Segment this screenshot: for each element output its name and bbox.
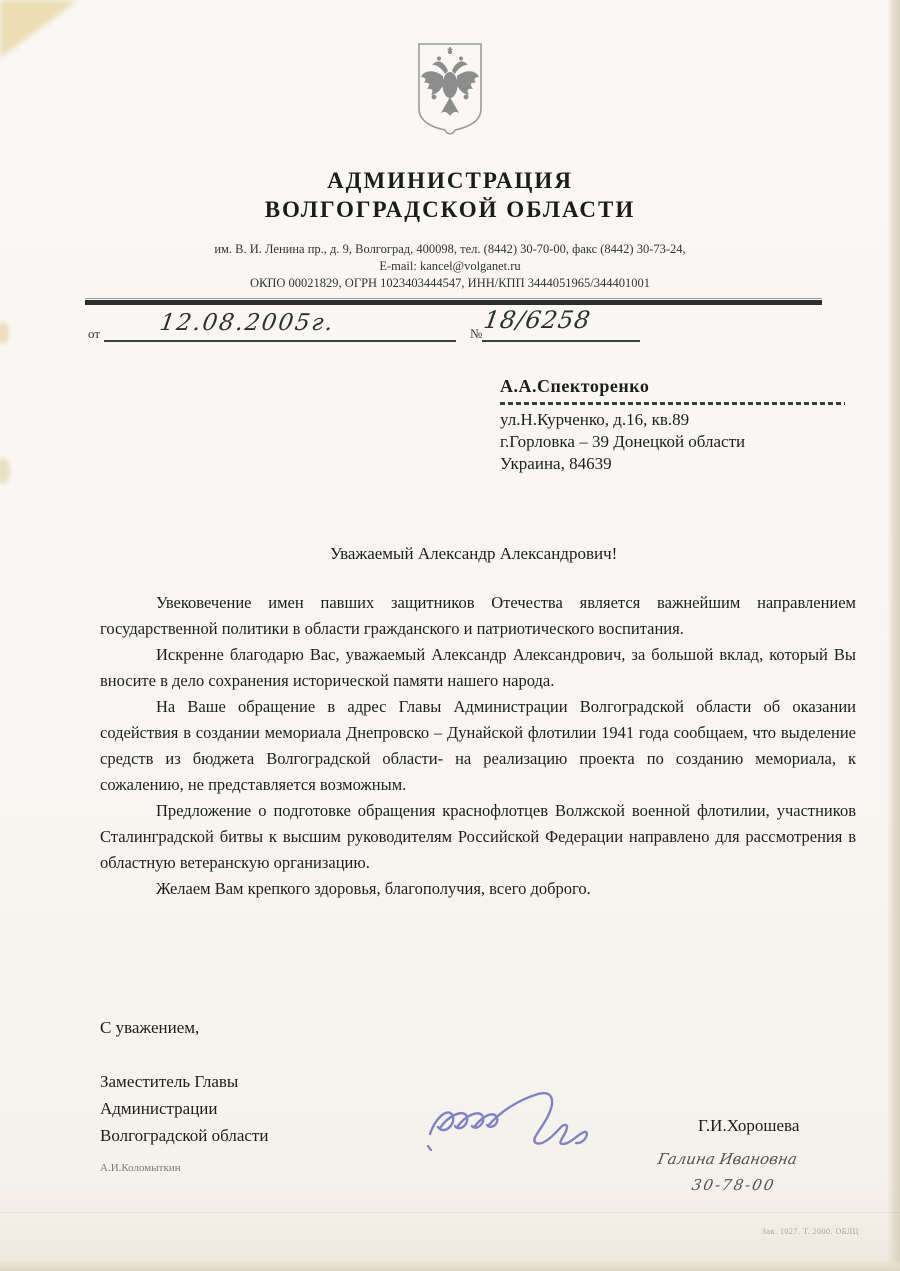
print-shop-mark: Зак. 1027. Т. 2000. ОБЛЦ xyxy=(762,1227,859,1236)
edge-stain xyxy=(0,458,10,484)
scan-edge-shadow-bottom xyxy=(0,1259,900,1271)
handwritten-phone: 30-78-00 xyxy=(690,1176,777,1194)
handwritten-signer-name: Галина Ивановна xyxy=(656,1150,798,1168)
signer-name: Г.И.Хорошева xyxy=(698,1116,799,1136)
signer-title-line: Волгоградской области xyxy=(100,1122,268,1149)
org-name-line1: АДМИНИСТРАЦИЯ xyxy=(0,166,900,195)
handwritten-number: 18/6258 xyxy=(482,306,593,334)
handwritten-signature-icon xyxy=(420,1072,640,1162)
from-label: от xyxy=(88,326,100,341)
addressee-name: А.А.Спекторенко xyxy=(500,376,850,397)
number-underline: 18/6258 xyxy=(482,318,640,342)
corner-stain xyxy=(0,0,78,58)
coat-of-arms-emblem xyxy=(410,36,490,140)
addressee-block: А.А.Спекторенко ул.Н.Курченко, д.16, кв.… xyxy=(500,376,850,475)
paragraph: На Ваше обращение в адрес Главы Админист… xyxy=(100,694,856,798)
paragraph: Предложение о подготовке обращения красн… xyxy=(100,798,856,876)
signer-title-block: Заместитель Главы Администрации Волгогра… xyxy=(100,1068,268,1149)
dashed-separator xyxy=(500,402,845,405)
date-underline: 12.08.2005г. xyxy=(104,318,456,342)
addressee-city: г.Горловка – 39 Донецкой области xyxy=(500,431,850,453)
paragraph: Желаем Вам крепкого здоровья, благополуч… xyxy=(100,876,856,902)
edge-stain xyxy=(0,322,9,344)
org-email-line: E-mail: kancel@volganet.ru xyxy=(0,258,900,275)
org-address-line: им. В. И. Ленина пр., д. 9, Волгоград, 4… xyxy=(0,241,900,258)
number-label: № xyxy=(470,326,482,341)
handwritten-date: 12.08.2005г. xyxy=(158,310,337,336)
scanned-letter-page: АДМИНИСТРАЦИЯ ВОЛГОГРАДСКОЙ ОБЛАСТИ им. … xyxy=(0,0,900,1271)
paper-crease xyxy=(0,1212,900,1213)
signer-title-line: Администрации xyxy=(100,1095,268,1122)
paragraph: Увековечение имен павших защитников Отеч… xyxy=(100,590,856,642)
org-name-line2: ВОЛГОГРАДСКОЙ ОБЛАСТИ xyxy=(0,195,900,224)
letterhead-divider xyxy=(85,298,822,305)
signer-title-line: Заместитель Главы xyxy=(100,1068,268,1095)
salutation: Уважаемый Александр Александрович! xyxy=(330,544,617,564)
letterhead-org-name: АДМИНИСТРАЦИЯ ВОЛГОГРАДСКОЙ ОБЛАСТИ xyxy=(0,166,900,224)
org-codes-line: ОКПО 00021829, ОГРН 1023403444547, ИНН/К… xyxy=(0,275,900,292)
executor-name: А.И.Коломыткин xyxy=(100,1162,181,1174)
letter-body: Увековечение имен павших защитников Отеч… xyxy=(100,590,856,902)
addressee-street: ул.Н.Курченко, д.16, кв.89 xyxy=(500,409,850,431)
paragraph: Искренне благодарю Вас, уважаемый Алекса… xyxy=(100,642,856,694)
double-headed-eagle-icon xyxy=(410,36,490,140)
reference-line: от12.08.2005г.№18/6258 xyxy=(88,318,640,342)
letterhead-contacts: им. В. И. Ленина пр., д. 9, Волгоград, 4… xyxy=(0,241,900,292)
addressee-country: Украина, 84639 xyxy=(500,453,850,475)
closing-regards: С уважением, xyxy=(100,1018,199,1038)
